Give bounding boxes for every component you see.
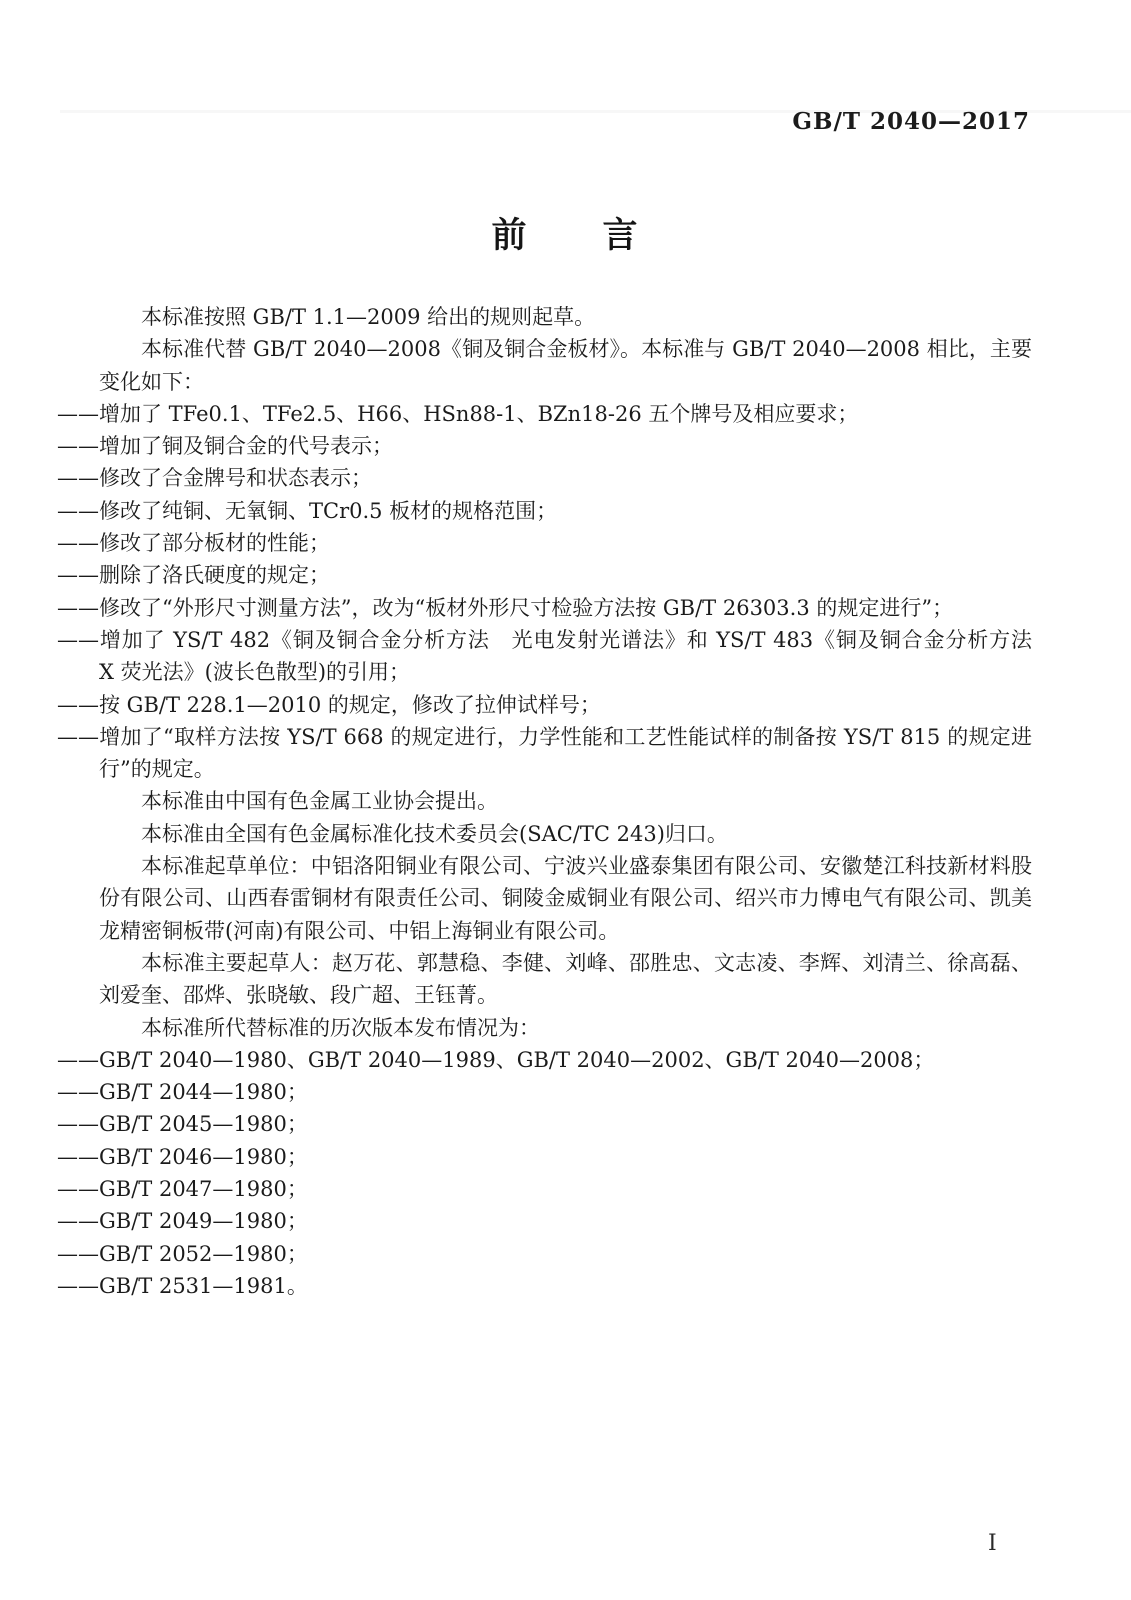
document-body: 本标准按照 GB/T 1.1—2009 给出的规则起草。 本标准代替 GB/T … [99,301,1032,1302]
history-list-item: ——GB/T 2047—1980； [99,1173,1032,1205]
history-list-item: ——GB/T 2046—1980； [99,1141,1032,1173]
history-list-item: ——GB/T 2052—1980； [99,1238,1032,1270]
change-list-item: ——增加了铜及铜合金的代号表示； [99,430,1032,462]
history-list-item: ——GB/T 2045—1980； [99,1108,1032,1140]
change-list-item: ——修改了合金牌号和状态表示； [99,462,1032,494]
change-list-item: ——修改了部分板材的性能； [99,527,1032,559]
changes-list: ——增加了 TFe0.1、TFe2.5、H66、HSn88-1、BZn18-26… [99,398,1032,786]
history-list-item: ——GB/T 2049—1980； [99,1205,1032,1237]
change-list-item: ——增加了“取样方法按 YS/T 668 的规定进行，力学性能和工艺性能试样的制… [99,721,1032,786]
history-list: ——GB/T 2040—1980、GB/T 2040—1989、GB/T 204… [99,1044,1032,1302]
page-title-foreword: 前 言 [0,208,1131,258]
change-list-item: ——修改了“外形尺寸测量方法”，改为“板材外形尺寸检验方法按 GB/T 2630… [99,592,1032,624]
paragraph-proposed-by: 本标准由中国有色金属工业协会提出。 [99,785,1032,817]
history-list-item: ——GB/T 2040—1980、GB/T 2040—1989、GB/T 204… [99,1044,1032,1076]
document-page: GB/T 2040—2017 前 言 本标准按照 GB/T 1.1—2009 给… [0,0,1131,1600]
standard-number-header: GB/T 2040—2017 [792,108,1030,135]
paragraph-history-intro: 本标准所代替标准的历次版本发布情况为： [99,1012,1032,1044]
paragraph-centralized-by: 本标准由全国有色金属标准化技术委员会(SAC/TC 243)归口。 [99,818,1032,850]
paragraph-main-drafters: 本标准主要起草人：赵万花、郭慧稳、李健、刘峰、邵胜忠、文志凌、李辉、刘清兰、徐高… [99,947,1032,1012]
change-list-item: ——增加了 YS/T 482《铜及铜合金分析方法 光电发射光谱法》和 YS/T … [99,624,1032,689]
page-number: I [988,1531,997,1556]
paragraph-drafting-units: 本标准起草单位：中铝洛阳铜业有限公司、宁波兴业盛泰集团有限公司、安徽楚江科技新材… [99,850,1032,947]
history-list-item: ——GB/T 2044—1980； [99,1076,1032,1108]
change-list-item: ——按 GB/T 228.1—2010 的规定，修改了拉伸试样号； [99,689,1032,721]
paragraph-replacement: 本标准代替 GB/T 2040—2008《铜及铜合金板材》。本标准与 GB/T … [99,333,1032,398]
history-list-item: ——GB/T 2531—1981。 [99,1270,1032,1302]
paragraph-drafting-basis: 本标准按照 GB/T 1.1—2009 给出的规则起草。 [99,301,1032,333]
change-list-item: ——删除了洛氏硬度的规定； [99,559,1032,591]
change-list-item: ——增加了 TFe0.1、TFe2.5、H66、HSn88-1、BZn18-26… [99,398,1032,430]
change-list-item: ——修改了纯铜、无氧铜、TCr0.5 板材的规格范围； [99,495,1032,527]
